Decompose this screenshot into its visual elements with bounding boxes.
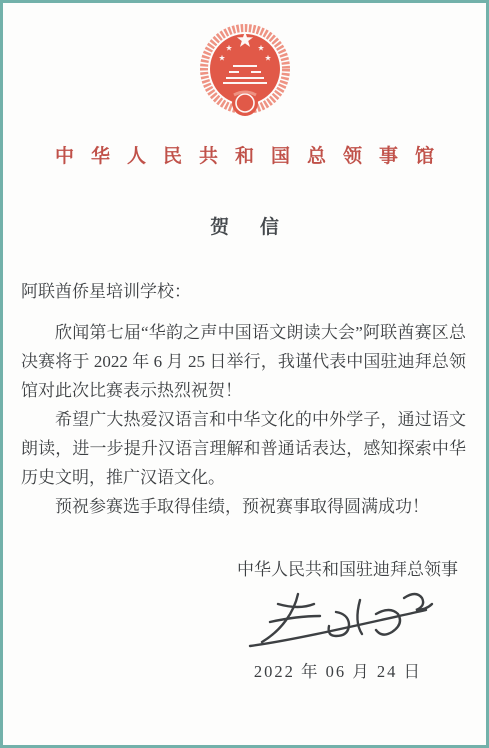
- paragraph-1: 欣闻第七届“华韵之声中国语文朗读大会”阿联酋赛区总决赛将于 2022 年 6 月…: [21, 318, 466, 405]
- letter-title: 贺 信: [3, 212, 486, 239]
- salutation: 阿联酋侨星培训学校：: [21, 277, 466, 306]
- closing-signoff: 中华人民共和国驻迪拜总领事: [3, 555, 486, 580]
- paragraph-2: 希望广大热爱汉语言和中华文化的中外学子，通过语文朗读，进一步提升汉语言理解和普通…: [21, 405, 466, 492]
- date-line: 2022 年 06 月 24 日: [3, 658, 486, 682]
- paragraph-3: 预祝参赛选手取得佳绩，预祝赛事取得圆满成功！: [21, 492, 466, 521]
- national-emblem-icon: [193, 23, 297, 121]
- letter-body: 阿联酋侨星培训学校： 欣闻第七届“华韵之声中国语文朗读大会”阿联酋赛区总决赛将于…: [21, 277, 466, 521]
- letter-page: 中华人民共和国总领事馆 贺 信 阿联酋侨星培训学校： 欣闻第七届“华韵之声中国语…: [0, 0, 489, 748]
- handwritten-signature: [3, 584, 486, 658]
- consulate-header-title: 中华人民共和国总领事馆: [3, 141, 486, 168]
